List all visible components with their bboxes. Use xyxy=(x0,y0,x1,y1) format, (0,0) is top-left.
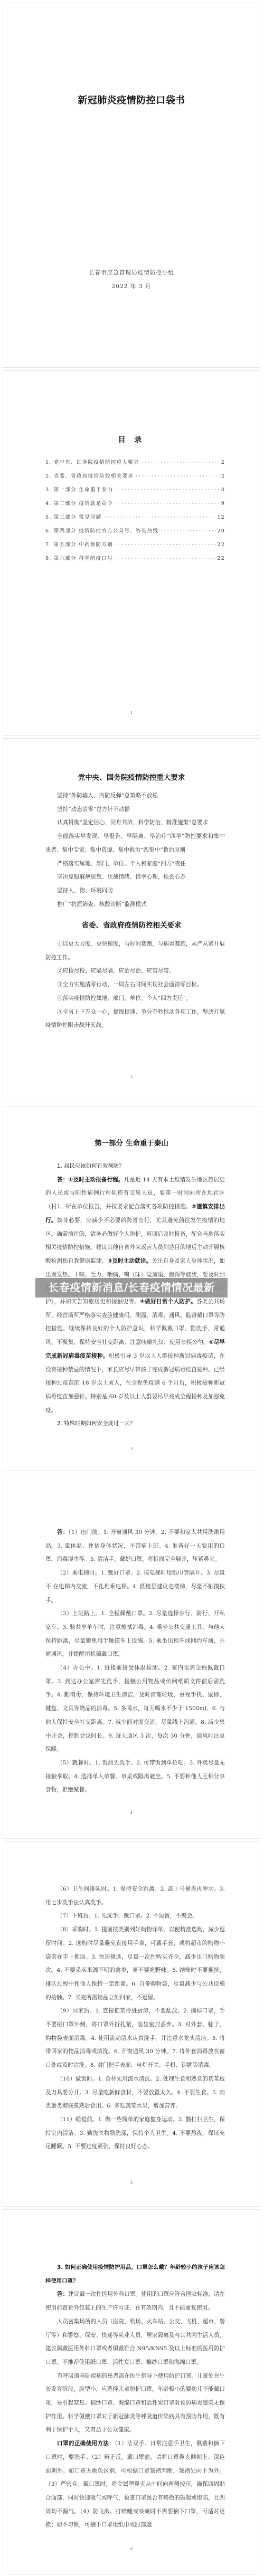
paragraph: ④落实疫情防控属地、部门、单位、个人“四方责任”。 xyxy=(45,992,225,1006)
page-cover: 新冠肺炎疫情防控口袋书 长春市应急管理局疫情防控小组 2022 年 3 月 xyxy=(3,3,260,368)
toc-item-label: 3. 第一部分 生命重于泰山 xyxy=(45,485,113,493)
paragraph: 人员密集场所的人员（医院、机场、火车站、公交、飞机、超市、餐厅等）和警察、保安、… xyxy=(45,2315,225,2370)
central-list: 坚持“外防输入、内防反弹”总策略不放松坚持“动态清零”总方针不动摇认真贯彻“坚定… xyxy=(45,789,225,911)
toc-item[interactable]: 4. 第二部分 疫情就是命令··························… xyxy=(45,499,225,513)
toc-item[interactable]: 7. 第五部分 中药预防方剂··························… xyxy=(45,540,225,554)
toc-leader-dots: ········································… xyxy=(103,514,216,520)
paragraph: 坚持“动态清零”总方针不动摇 xyxy=(45,803,225,817)
central-title: 党中央、国务院疫情防控重大要求 xyxy=(3,771,260,782)
paragraph: （6）卫生间排队时。1. 保持安全距离。2. 盖上马桶盖再冲水。3. 用七步洗手… xyxy=(45,1883,225,1910)
bold-lead: ④做好日常个人防护。 xyxy=(140,1299,196,1305)
toc-item[interactable]: 3. 第一部分 生命重于泰山··························… xyxy=(45,485,225,499)
toc-item-page: 9 xyxy=(221,501,225,507)
paragraph: （5）就餐时。1. 饭前先洗手。2. 可带饭到单位吃。3. 外卖尽量无接触拿取。… xyxy=(45,1757,225,1797)
toc-item-label: 7. 第五部分 中药预防方剂 xyxy=(45,540,113,548)
cover-date: 2022 年 3 月 xyxy=(3,282,260,290)
toc-item-label: 4. 第二部分 疫情就是命令 xyxy=(45,499,113,507)
toc-item-page: 2 xyxy=(221,460,225,465)
toc-leader-dots: ········································… xyxy=(161,528,216,534)
paragraph: 严格落实属地、部门、单位、个人和家庭“四方”责任 xyxy=(45,857,225,871)
toc-item-label: 2. 省委、省政府疫情防控相关要求 xyxy=(45,472,134,479)
page-number: 5 xyxy=(3,2181,260,2185)
answer-2: 答：（1）出门前。1. 开窗通风 30 分钟。2. 不要和家人共用洗漱用品。3.… xyxy=(45,1526,225,1797)
paragraph: 坚持人、物、环境同防 xyxy=(45,884,225,898)
toc-item[interactable]: 1. 党中央、国务院疫情防控重大要求······················… xyxy=(45,458,225,472)
paragraph: 坚决克服麻痹思想、厌战情绪、侥幸心理、松劲心态 xyxy=(45,871,225,884)
paragraph: （4）办公中。1. 进楼前接受体温检测。2. 室内也需全程佩戴口罩。3. 到达办… xyxy=(45,1662,225,1757)
paragraph: 认真贯彻“坚定信心、同舟共济、科学防治、精准施策”总要求 xyxy=(45,816,225,830)
answer-text: 如非必要，应减少不必要的跨省出行，尤其避免前往发生疫情的地区。确需前往的，请务必… xyxy=(45,1217,225,1264)
toc-item-page: 2 xyxy=(221,473,225,479)
toc-item[interactable]: 6. 第四部分 疫情防控官方公众号、咨询热线··················… xyxy=(45,527,225,540)
toc-item[interactable]: 2. 省委、省政府疫情防控相关要求·······················… xyxy=(45,472,225,485)
toc-item-label: 5. 第三部分 常见问题 xyxy=(45,513,101,520)
paragraph: （11）睡觉前。1. 做一些简单的家庭健身运动。2. 勤打扫卫生，保 持室内清洁… xyxy=(45,2113,225,2154)
paragraph: （8）采购时。1. 提前按类别列好购物详单，以便精准选购，减少逗留时间。2. 选… xyxy=(45,1923,225,2005)
answer-3-intro: 答：建议戴一次性医用外科口罩。使用的口罩应符合国家标准，请在使用前查看外包装上的… xyxy=(45,2288,225,2315)
bold-lead: ③及时主动就诊。 xyxy=(107,1258,152,1264)
toc-item-page: 3 xyxy=(221,487,225,493)
toc-item-label: 8. 第六部分 科学防疫口号 xyxy=(45,554,113,561)
question-2: 2. 特殊时期如何安全度过一天？ xyxy=(45,1417,225,1431)
paragraph: 坚持“外防输入、内防反弹”总策略不放松 xyxy=(45,789,225,803)
paragraph: （3）上班路上。1. 全程佩戴口罩。2. 尽量选择步行、骑行、开私家车。3. 骑… xyxy=(45,1607,225,1662)
paragraph: ⑤全省上下万众一心，提级提速、争分夺秒推动各项工作，坚决打赢疫情防控阻击战歼灭战… xyxy=(45,1006,225,1033)
toc-title: 目 录 xyxy=(3,434,260,445)
paragraph: ①以更大力度、更快速度，与时间赛跑，与病毒赛跑，从严从紧开展防控工作。 xyxy=(45,938,225,965)
paragraph: ③全力实施清零行动，一周左右时间实现社会面清零目标。 xyxy=(45,978,225,992)
page-number: 3 xyxy=(3,1447,260,1451)
toc-item[interactable]: 5. 第三部分 常见问题····························… xyxy=(45,513,225,527)
page-number: 6 xyxy=(3,2548,260,2551)
page-number: 4 xyxy=(3,1811,260,1815)
page-requirements: 党中央、国务院疫情防控重大要求 坚持“外防输入、内防反弹”总策略不放松坚持“动态… xyxy=(3,738,260,1103)
paragraph: 答：（1）出门前。1. 开窗通风 30 分钟。2. 不要和家人共用洗漱用品。3.… xyxy=(45,1526,225,1567)
toc-leader-dots: ········································… xyxy=(115,542,216,548)
province-title: 省委、省政府疫情防控相关要求 xyxy=(3,919,260,930)
toc-leader-dots: ········································… xyxy=(136,473,220,479)
answer-2-cont: （6）卫生间排队时。1. 保持安全距离。2. 盖上马桶盖再冲水。3. 用七步洗手… xyxy=(45,1883,225,2154)
page-number: 1 xyxy=(3,711,260,715)
toc-leader-dots: ········································… xyxy=(115,501,220,507)
toc-item-label: 1. 党中央、国务院疫情防控重大要求 xyxy=(45,458,139,465)
paragraph: ②应检尽检、应隔尽隔、应治尽治、应管尽管。 xyxy=(45,965,225,978)
paragraph: 有呼吸道基础疾病的患者需在医生指导下使用防护口罩。儿童处在生长发育阶段，脸型小，… xyxy=(45,2370,225,2438)
toc-item-page: 22 xyxy=(217,556,225,561)
toc-item[interactable]: 8. 第六部分 科学防疫口号··························… xyxy=(45,554,225,568)
toc-item-label: 6. 第四部分 疫情防控官方公众号、咨询热线 xyxy=(45,527,158,534)
bold-lead: 答： xyxy=(57,1177,68,1183)
paragraph: （10）做饭时。1. 食材先用流水清洗。2. 处理生食和熟食的切菜板 及刀具要分… xyxy=(45,2073,225,2113)
cover-organization: 长春市应急管理局疫情防控小组 xyxy=(3,269,260,276)
page-toc: 目 录 1. 党中央、国务院疫情防控重大要求··················… xyxy=(3,370,260,736)
question-3: 3. 如何正确使用疫情防护用品，口罩怎么戴？年龄较小的孩子应该怎样使用口罩？ xyxy=(45,2261,225,2288)
toc-leader-dots: ········································… xyxy=(115,556,216,561)
answer-text: 积极引导 3 岁以上人群接种新冠病毒疫苗，在没有接种禁忌的情况下，家长应尽早带孩… xyxy=(45,1353,225,1414)
paragraph: （2）乘电梯时。1. 戴好口罩。2. 按电梯时用纸巾等隔开。3. 尽量不 在电梯… xyxy=(45,1567,225,1607)
answer-lead: 答： xyxy=(57,1529,69,1535)
page-answer-2-cont: （6）卫生间排队时。1. 保持安全距离。2. 盖上马桶盖再冲水。3. 用七步洗手… xyxy=(3,1842,260,2207)
page-answer-2: 答：（1）出门前。1. 开窗通风 30 分钟。2. 不要和家人共用洗漱用品。3.… xyxy=(3,1474,260,1839)
page-number: 2 xyxy=(3,1075,260,1079)
toc-leader-dots: ········································… xyxy=(115,487,220,493)
bold-lead: ①及时主动报备行程。 xyxy=(68,1177,124,1183)
watermark-banner: 长春疫情新消息/长春疫情情况最新 xyxy=(35,1278,228,1297)
cover-title: 新冠肺炎疫情防控口袋书 xyxy=(3,93,260,107)
paragraph: 推广“抗原筛查、核酸诊断”监测模式 xyxy=(45,898,225,912)
toc-item-page: 20 xyxy=(217,528,225,534)
toc-leader-dots: ········································… xyxy=(142,460,220,465)
answer-3-paragraphs: 人员密集场所的人员（医院、机场、火车站、公交、飞机、超市、餐厅等）和警察、保安、… xyxy=(45,2315,225,2437)
page-answer-3: 3. 如何正确使用疫情防护用品，口罩怎么戴？年龄较小的孩子应该怎样使用口罩？ 答… xyxy=(3,2209,260,2574)
toc-item-page: 22 xyxy=(217,542,225,548)
question-1: 1. 居民应该如何有效预防？ xyxy=(45,1160,225,1173)
paragraph: （9）回家后。1. 直接把菜拎进厨房，不要乱放。2. 摘掉口罩，手不要碰口罩外侧… xyxy=(45,2005,225,2073)
mask-usage: 口罩的正确使用方法：（1）洁双手。日常注意手卫生，佩戴和摘下口罩时，要洗手。（2… xyxy=(45,2437,225,2532)
toc-item-page: 12 xyxy=(217,514,225,520)
answer-3: 3. 如何正确使用疫情防护用品，口罩怎么戴？年龄较小的孩子应该怎样使用口罩？ 答… xyxy=(45,2261,225,2532)
province-list: ①以更大力度、更快速度，与时间赛跑，与病毒赛跑，从严从紧开展防控工作。②应检尽检… xyxy=(45,938,225,1033)
toc-list: 1. 党中央、国务院疫情防控重大要求······················… xyxy=(45,458,225,568)
part1-title: 第一部分 生命重于泰山 xyxy=(3,1137,260,1148)
paragraph: 全面落实早发现、早报告、早隔离、早治疗“四早”防控要求和集中患者、集中专家、集中… xyxy=(45,830,225,857)
paragraph: （7）下班后。1. 先洗手，戴口罩。2. 不逗留，不聚会。 xyxy=(45,1910,225,1923)
answer-text: 各类公共场所、经营场所严格落实查验健康码、测温、消毒、通风、监督戴口罩等防控措施… xyxy=(45,1299,225,1346)
